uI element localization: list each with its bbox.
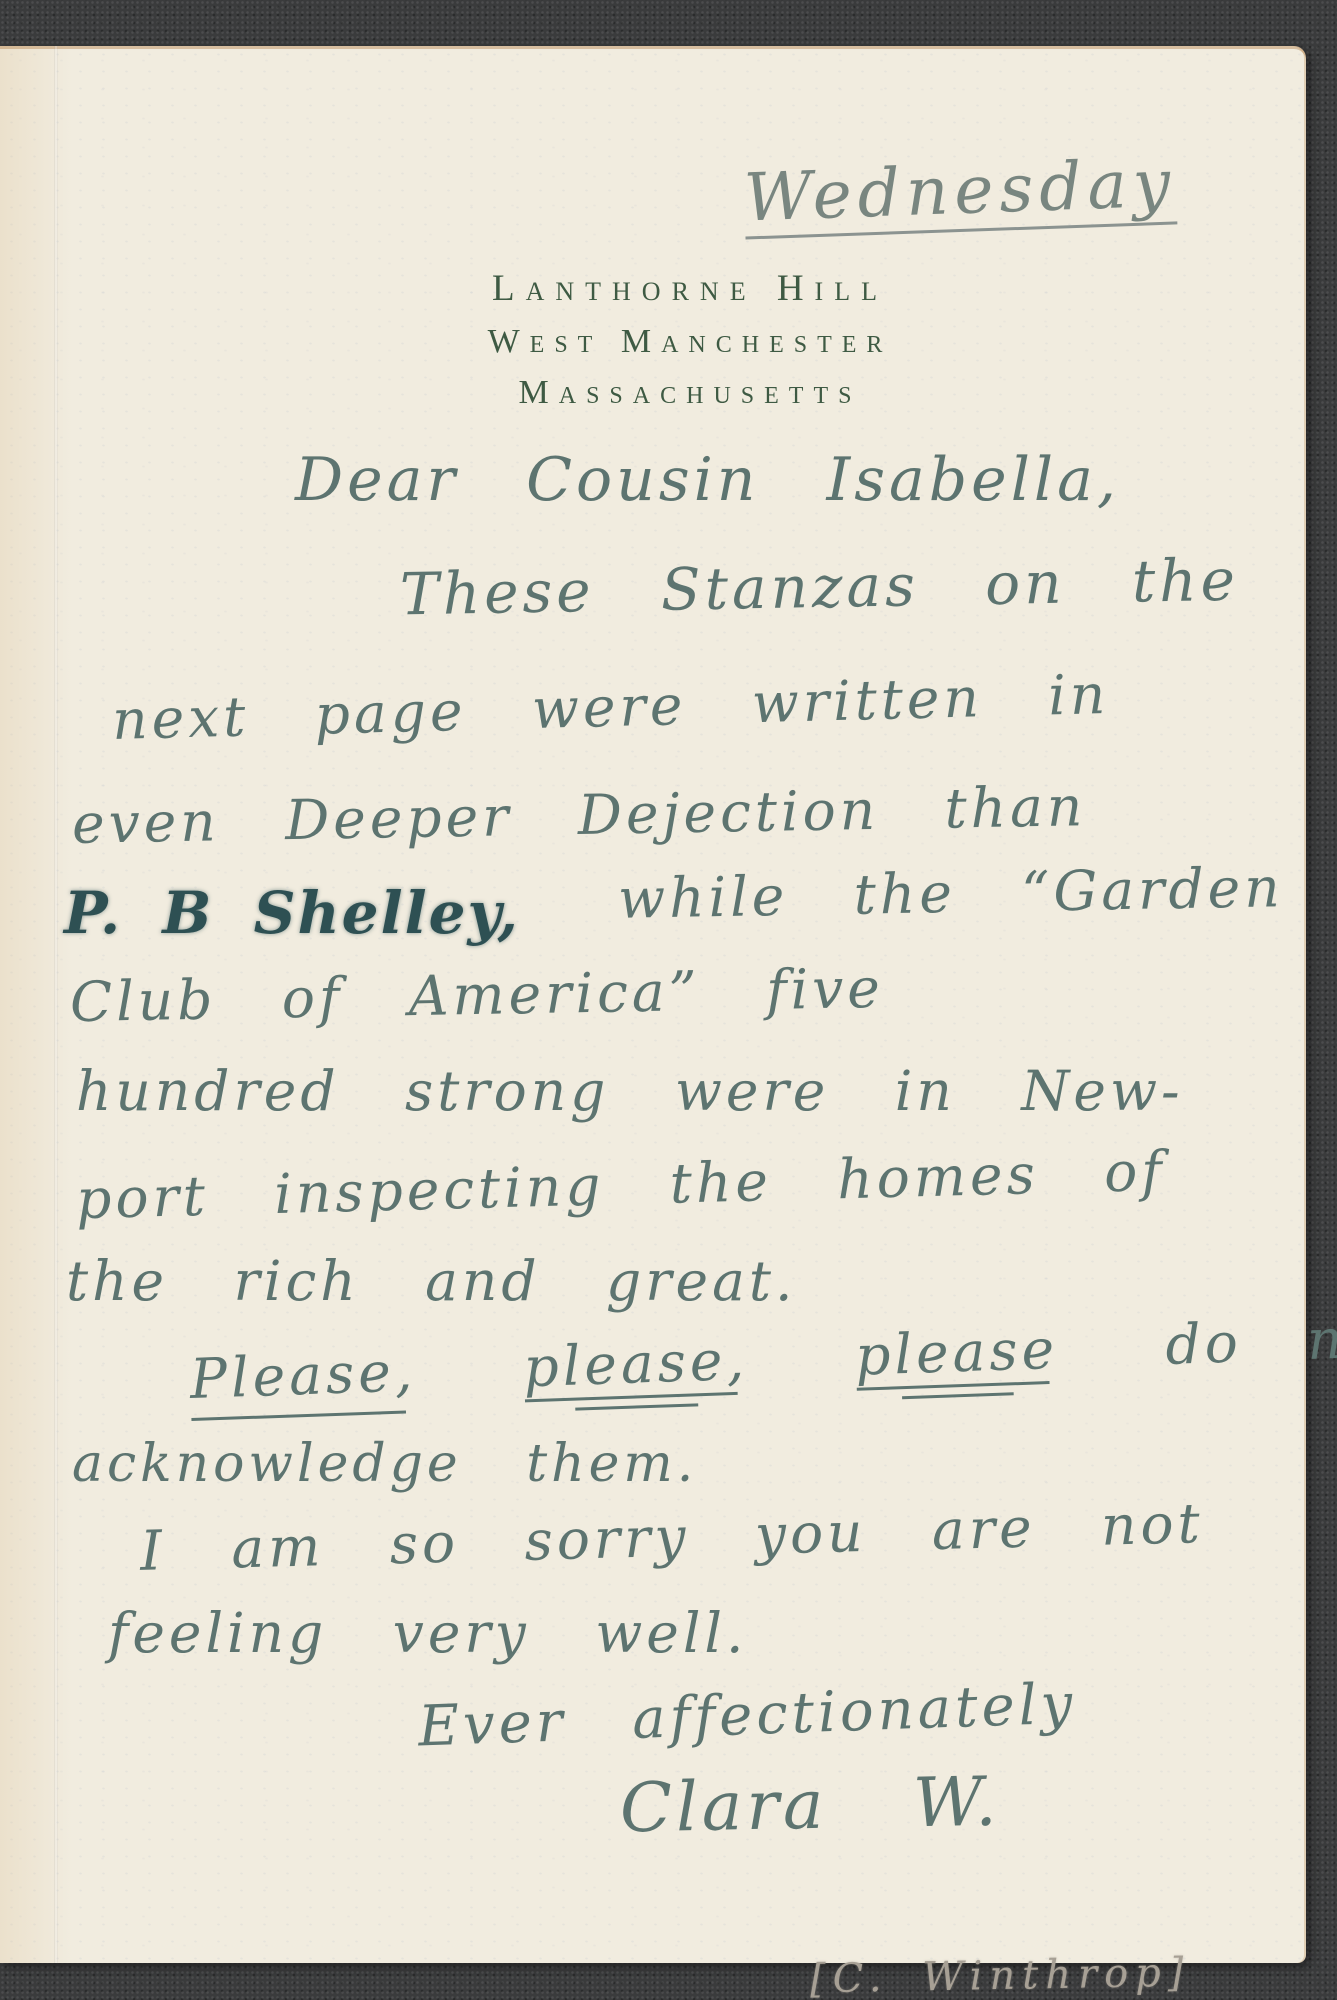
body-line: feeling very well.: [108, 1606, 748, 1661]
handwritten-date: Wednesday: [743, 150, 1177, 231]
letterhead-line-3: Massachusetts: [488, 367, 893, 418]
letterhead-line-2: West Manchester: [488, 316, 893, 367]
body-line: I am so sorry you are not: [139, 1496, 1204, 1579]
body-line: These Stanzas on the: [400, 551, 1240, 624]
underlined-please-1: Please,: [189, 1344, 418, 1427]
retraced-name-shelley: P. B Shelley,: [64, 884, 520, 942]
letterhead-line-1: Lanthorne Hill: [488, 262, 893, 316]
scan-background: Wednesday Lanthorne Hill West Manchester…: [0, 0, 1337, 2000]
fold-crease: [54, 46, 58, 1963]
body-line: port inspecting the homes of: [75, 1144, 1166, 1228]
body-line: the rich and great.: [66, 1254, 796, 1309]
body-line: Club of America” five: [70, 961, 885, 1030]
plea-tail: do not: [1164, 1309, 1337, 1372]
underlined-please-2: please,: [523, 1333, 750, 1416]
emphasized-plea-line: Please, please, please do not: [189, 1308, 1337, 1427]
body-line: next page were written in: [111, 667, 1110, 748]
body-line: while the “Garden: [618, 860, 1284, 927]
signature: Clara W.: [619, 1769, 1001, 1844]
salutation: Dear Cousin Isabella,: [295, 450, 1120, 510]
closing-line: Ever affectionately: [417, 1677, 1077, 1756]
body-line: acknowledge them.: [72, 1438, 697, 1490]
letterhead: Lanthorne Hill West Manchester Massachus…: [488, 262, 893, 418]
letter-page: Wednesday Lanthorne Hill West Manchester…: [0, 46, 1306, 1963]
body-line: hundred strong were in New-: [76, 1064, 1184, 1119]
underlined-please-3: please: [854, 1322, 1059, 1404]
body-line: even Deeper Dejection than: [72, 779, 1087, 852]
archivist-pencil-note: [C. Winthrop]: [810, 1953, 1191, 2000]
